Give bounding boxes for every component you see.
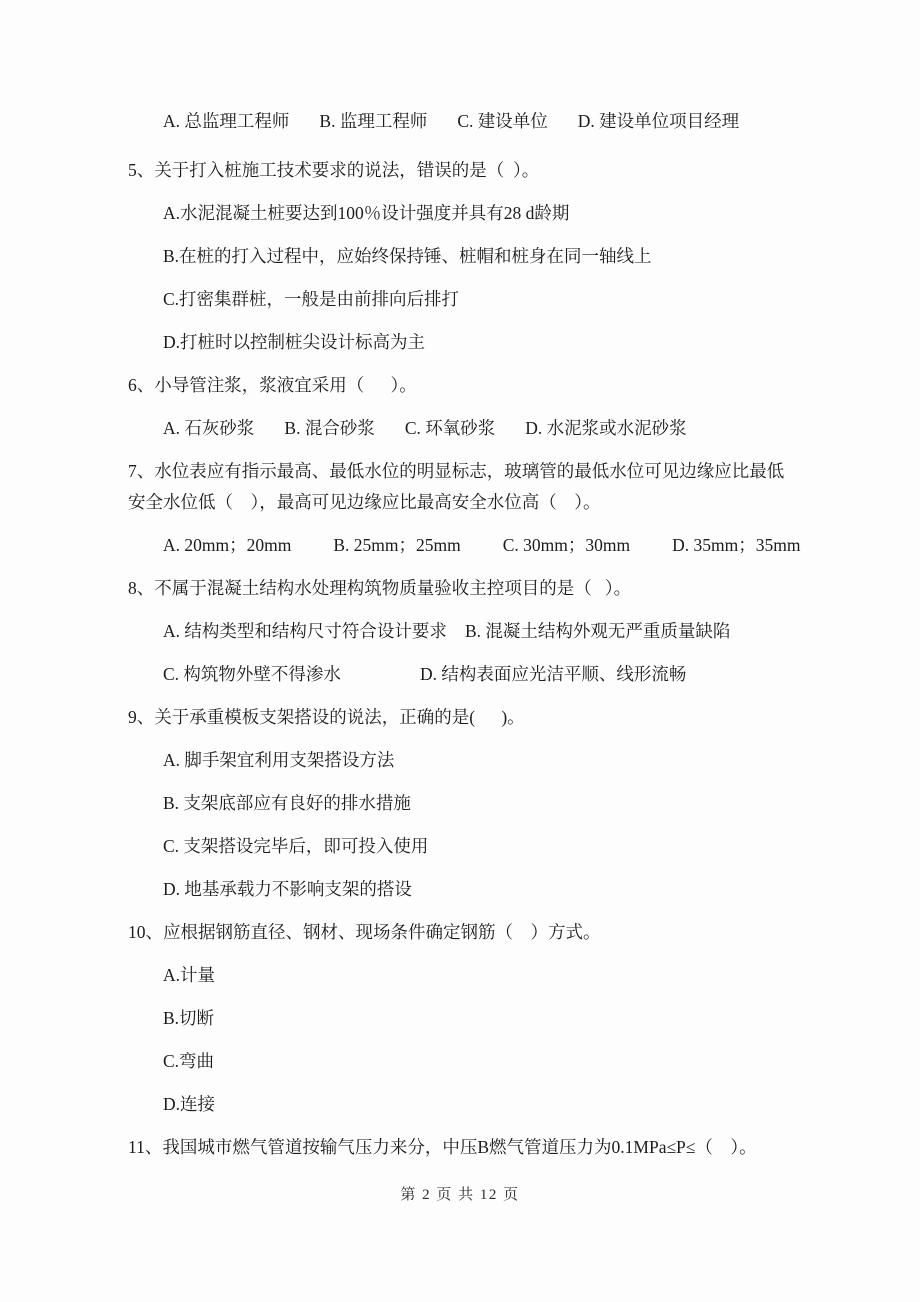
question-7-option-c: C. 30mm；30mm <box>503 530 630 561</box>
question-8-options-row-2: C. 构筑物外壁不得渗水D. 结构表面应光洁平顺、线形流畅 <box>163 659 796 690</box>
question-6-option-b: B. 混合砂浆 <box>284 413 374 444</box>
question-5: 5、关于打入桩施工技术要求的说法，错误的是（ ）。 A.水泥混凝土桩要达到100… <box>128 155 796 358</box>
question-8: 8、不属于混凝土结构水处理构筑物质量验收主控项目的是（ ）。 A. 结构类型和结… <box>128 573 796 690</box>
question-8-options-row-1: A. 结构类型和结构尺寸符合设计要求B. 混凝土结构外观无严重质量缺陷 <box>163 616 796 647</box>
page-number: 第 2 页 共 12 页 <box>0 1183 920 1204</box>
question-5-option-d: D.打桩时以控制桩尖设计标高为主 <box>163 327 796 358</box>
question-6-stem: 6、小导管注浆，浆液宜采用（ ）。 <box>128 370 796 401</box>
question-11: 11、我国城市燃气管道按输气压力来分，中压B燃气管道压力为0.1MPa≤P≤（ … <box>128 1132 796 1163</box>
question-4-option-b: B. 监理工程师 <box>319 106 427 137</box>
question-10-option-d: D.连接 <box>163 1089 796 1120</box>
question-8-option-c: C. 构筑物外壁不得渗水 <box>163 659 420 690</box>
question-10-option-c: C.弯曲 <box>163 1046 796 1077</box>
question-7-options-row: A. 20mm；20mm B. 25mm；25mm C. 30mm；30mm D… <box>163 530 796 561</box>
question-9: 9、关于承重模板支架搭设的说法，正确的是( )。 A. 脚手架宜利用支架搭设方法… <box>128 702 796 905</box>
question-5-option-a: A.水泥混凝土桩要达到100％设计强度并具有28 d龄期 <box>163 198 796 229</box>
question-8-option-d: D. 结构表面应光洁平顺、线形流畅 <box>420 664 686 684</box>
question-9-option-c: C. 支架搭设完毕后，即可投入使用 <box>163 831 796 862</box>
question-9-option-a: A. 脚手架宜利用支架搭设方法 <box>163 745 796 776</box>
question-7-option-b: B. 25mm；25mm <box>333 530 460 561</box>
question-9-option-b: B. 支架底部应有良好的排水措施 <box>163 788 796 819</box>
question-7-option-a: A. 20mm；20mm <box>163 530 291 561</box>
question-7: 7、水位表应有指示最高、最低水位的明显标志，玻璃管的最低水位可见边缘应比最低安全… <box>128 456 796 561</box>
question-10: 10、应根据钢筋直径、钢材、现场条件确定钢筋（ ）方式。 A.计量 B.切断 C… <box>128 917 796 1120</box>
question-10-stem: 10、应根据钢筋直径、钢材、现场条件确定钢筋（ ）方式。 <box>128 917 796 948</box>
question-6-option-c: C. 环氧砂浆 <box>405 413 495 444</box>
question-4-options-row: A. 总监理工程师 B. 监理工程师 C. 建设单位 D. 建设单位项目经理 <box>163 106 796 137</box>
question-9-stem: 9、关于承重模板支架搭设的说法，正确的是( )。 <box>128 702 796 733</box>
question-5-option-b: B.在桩的打入过程中，应始终保持锤、桩帽和桩身在同一轴线上 <box>163 241 796 272</box>
question-5-option-c: C.打密集群桩，一般是由前排向后排打 <box>163 284 796 315</box>
question-6-option-a: A. 石灰砂浆 <box>163 413 254 444</box>
question-10-option-a: A.计量 <box>163 960 796 991</box>
question-6: 6、小导管注浆，浆液宜采用（ ）。 A. 石灰砂浆 B. 混合砂浆 C. 环氧砂… <box>128 370 796 444</box>
question-8-stem: 8、不属于混凝土结构水处理构筑物质量验收主控项目的是（ ）。 <box>128 573 796 604</box>
question-8-option-b: B. 混凝土结构外观无严重质量缺陷 <box>465 621 730 641</box>
question-10-option-b: B.切断 <box>163 1003 796 1034</box>
question-7-stem: 7、水位表应有指示最高、最低水位的明显标志，玻璃管的最低水位可见边缘应比最低安全… <box>128 456 796 518</box>
question-7-option-d: D. 35mm；35mm <box>672 530 800 561</box>
page-content: A. 总监理工程师 B. 监理工程师 C. 建设单位 D. 建设单位项目经理 5… <box>128 106 796 1175</box>
exam-paper-page: A. 总监理工程师 B. 监理工程师 C. 建设单位 D. 建设单位项目经理 5… <box>0 0 920 1302</box>
question-4-option-a: A. 总监理工程师 <box>163 106 289 137</box>
question-11-stem: 11、我国城市燃气管道按输气压力来分，中压B燃气管道压力为0.1MPa≤P≤（ … <box>128 1132 796 1163</box>
question-9-option-d: D. 地基承载力不影响支架的搭设 <box>163 874 796 905</box>
question-6-options-row: A. 石灰砂浆 B. 混合砂浆 C. 环氧砂浆 D. 水泥浆或水泥砂浆 <box>163 413 796 444</box>
question-8-option-a: A. 结构类型和结构尺寸符合设计要求 <box>163 616 465 647</box>
question-4-option-c: C. 建设单位 <box>457 106 547 137</box>
question-6-option-d: D. 水泥浆或水泥砂浆 <box>525 413 686 444</box>
question-4-option-d: D. 建设单位项目经理 <box>578 106 739 137</box>
question-5-stem: 5、关于打入桩施工技术要求的说法，错误的是（ ）。 <box>128 155 796 186</box>
